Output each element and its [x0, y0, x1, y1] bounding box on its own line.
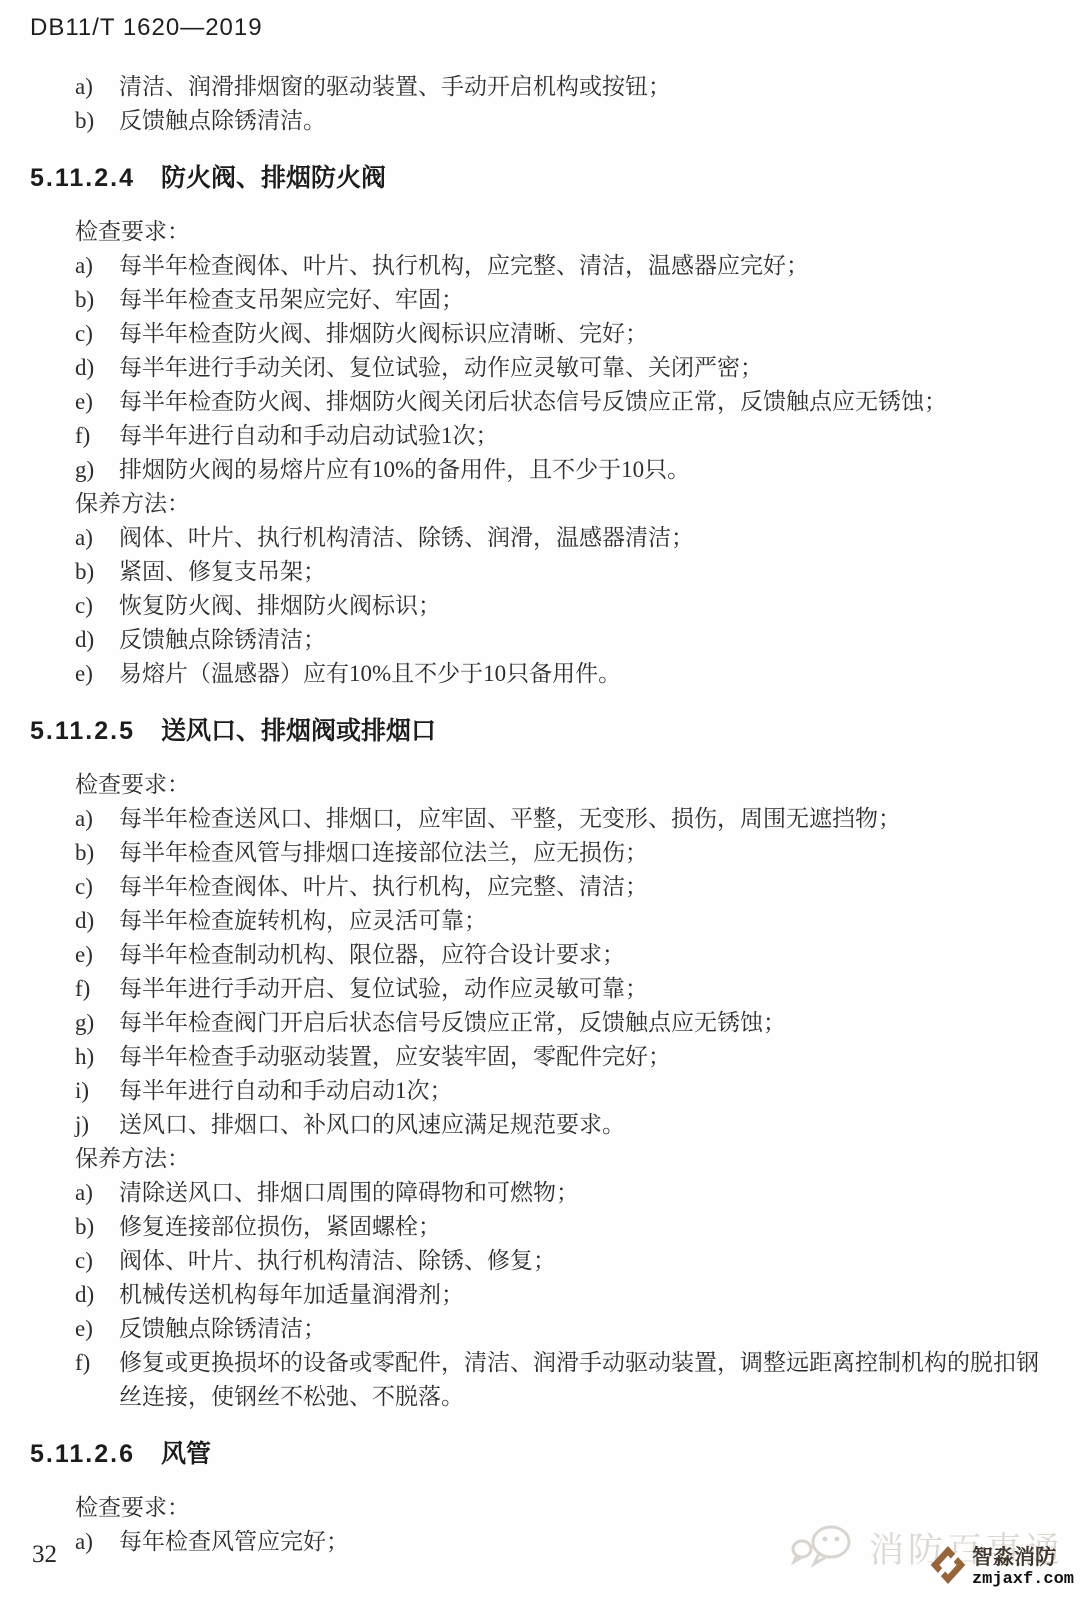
list-item: e) 易熔片（温感器）应有10%且不少于10只备用件。: [0, 657, 1080, 691]
item-text: 每半年检查支吊架应完好、牢固；: [119, 283, 1080, 317]
item-text: 清除送风口、排烟口周围的障碍物和可燃物；: [119, 1176, 1080, 1210]
item-text: 易熔片（温感器）应有10%且不少于10只备用件。: [119, 657, 1080, 691]
list-item: a) 阀体、叶片、执行机构清洁、除锈、润滑，温感器清洁；: [0, 521, 1080, 555]
item-text: 每半年进行手动关闭、复位试验，动作应灵敏可靠、关闭严密；: [119, 351, 1080, 385]
list-item: c) 每半年检查阀体、叶片、执行机构，应完整、清洁；: [0, 870, 1080, 904]
list-item: f) 修复或更换损坏的设备或零配件，清洁、润滑手动驱动装置，调整远距离控制机构的…: [0, 1346, 1080, 1414]
item-text: 修复连接部位损伤，紧固螺栓；: [119, 1210, 1080, 1244]
item-label: g): [75, 1006, 119, 1040]
list-item: g) 每半年检查阀门开启后状态信号反馈应正常，反馈触点应无锈蚀；: [0, 1006, 1080, 1040]
item-label: a): [75, 521, 119, 555]
item-text: 清洁、润滑排烟窗的驱动装置、手动开启机构或按钮；: [119, 70, 1080, 104]
item-label: f): [75, 972, 119, 1006]
item-label: d): [75, 623, 119, 657]
list-item: a) 每半年检查阀体、叶片、执行机构，应完整、清洁，温感器应完好；: [0, 249, 1080, 283]
item-label: h): [75, 1040, 119, 1074]
section-number: 5.11.2.4: [30, 164, 135, 192]
item-label: e): [75, 938, 119, 972]
item-label: f): [75, 419, 119, 453]
item-text: 每半年检查防火阀、排烟防火阀关闭后状态信号反馈应正常，反馈触点应无锈蚀；: [119, 385, 1080, 419]
section-heading: 5.11.2.6风管: [0, 1436, 1080, 1472]
item-label: c): [75, 317, 119, 351]
list-item: a) 清洁、润滑排烟窗的驱动装置、手动开启机构或按钮；: [0, 70, 1080, 104]
item-label: a): [75, 1176, 119, 1210]
item-label: c): [75, 870, 119, 904]
list-item: b) 每半年检查风管与排烟口连接部位法兰，应无损伤；: [0, 836, 1080, 870]
item-label: d): [75, 904, 119, 938]
item-label: c): [75, 589, 119, 623]
section-title: 防火阀、排烟防火阀: [161, 164, 386, 192]
list-item: b) 反馈触点除锈清洁。: [0, 104, 1080, 138]
list-item: e) 每半年检查制动机构、限位器，应符合设计要求；: [0, 938, 1080, 972]
section-title: 送风口、排烟阀或排烟口: [161, 717, 436, 745]
item-label: d): [75, 1278, 119, 1312]
section-heading: 5.11.2.4防火阀、排烟防火阀: [0, 160, 1080, 196]
block-heading: 检查要求：: [0, 1491, 1080, 1525]
item-label: j): [75, 1108, 119, 1142]
list-item: d) 每半年进行手动关闭、复位试验，动作应灵敏可靠、关闭严密；: [0, 351, 1080, 385]
item-label: g): [75, 453, 119, 487]
list-item: b) 紧固、修复支吊架；: [0, 555, 1080, 589]
zhimiao-logo: 智淼消防 zmjaxf.com: [929, 1543, 1074, 1592]
item-label: f): [75, 1346, 119, 1380]
item-text: 每半年检查风管与排烟口连接部位法兰，应无损伤；: [119, 836, 1080, 870]
section-title: 风管: [161, 1440, 211, 1468]
list-item: b) 每半年检查支吊架应完好、牢固；: [0, 283, 1080, 317]
list-item: c) 每半年检查防火阀、排烟防火阀标识应清晰、完好；: [0, 317, 1080, 351]
logo-name: 智淼消防: [972, 1546, 1074, 1570]
item-text: 每半年进行手动开启、复位试验，动作应灵敏可靠；: [119, 972, 1080, 1006]
item-text: 每半年检查阀体、叶片、执行机构，应完整、清洁；: [119, 870, 1080, 904]
section-number: 5.11.2.5: [30, 717, 135, 745]
list-item: d) 机械传送机构每年加适量润滑剂；: [0, 1278, 1080, 1312]
item-text: 恢复防火阀、排烟防火阀标识；: [119, 589, 1080, 623]
item-text: 反馈触点除锈清洁。: [119, 104, 1080, 138]
item-label: b): [75, 283, 119, 317]
item-label: a): [75, 1525, 119, 1559]
item-text: 修复或更换损坏的设备或零配件，清洁、润滑手动驱动装置，调整远距离控制机构的脱扣钢…: [119, 1346, 1080, 1414]
list-item: a) 清除送风口、排烟口周围的障碍物和可燃物；: [0, 1176, 1080, 1210]
item-text: 每半年检查防火阀、排烟防火阀标识应清晰、完好；: [119, 317, 1080, 351]
chat-bubbles-icon: [789, 1522, 859, 1573]
list-item: b) 修复连接部位损伤，紧固螺栓；: [0, 1210, 1080, 1244]
item-label: c): [75, 1244, 119, 1278]
item-label: i): [75, 1074, 119, 1108]
item-text: 排烟防火阀的易熔片应有10%的备用件，且不少于10只。: [119, 453, 1080, 487]
section-heading: 5.11.2.5送风口、排烟阀或排烟口: [0, 713, 1080, 749]
item-text: 紧固、修复支吊架；: [119, 555, 1080, 589]
list-item: d) 每半年检查旋转机构，应灵活可靠；: [0, 904, 1080, 938]
item-label: a): [75, 70, 119, 104]
list-item: c) 恢复防火阀、排烟防火阀标识；: [0, 589, 1080, 623]
item-label: d): [75, 351, 119, 385]
block-heading: 保养方法：: [0, 487, 1080, 521]
list-item: f) 每半年进行手动开启、复位试验，动作应灵敏可靠；: [0, 972, 1080, 1006]
item-text: 送风口、排烟口、补风口的风速应满足规范要求。: [119, 1108, 1080, 1142]
item-label: b): [75, 836, 119, 870]
list-item: a) 每半年检查送风口、排烟口，应牢固、平整，无变形、损伤，周围无遮挡物；: [0, 802, 1080, 836]
item-text: 每半年检查阀体、叶片、执行机构，应完整、清洁，温感器应完好；: [119, 249, 1080, 283]
list-item: h) 每半年检查手动驱动装置，应安装牢固，零配件完好；: [0, 1040, 1080, 1074]
item-label: e): [75, 1312, 119, 1346]
item-text: 每半年检查旋转机构，应灵活可靠；: [119, 904, 1080, 938]
zm-diamond-icon: [929, 1543, 967, 1592]
list-item: f) 每半年进行自动和手动启动试验1次；: [0, 419, 1080, 453]
logo-site: zmjaxf.com: [972, 1570, 1074, 1590]
item-label: b): [75, 104, 119, 138]
item-text: 每半年检查制动机构、限位器，应符合设计要求；: [119, 938, 1080, 972]
item-label: b): [75, 1210, 119, 1244]
item-label: a): [75, 249, 119, 283]
document-page: DB11/T 1620—2019 a) 清洁、润滑排烟窗的驱动装置、手动开启机构…: [0, 0, 1080, 1598]
item-text: 每半年进行自动和手动启动1次；: [119, 1074, 1080, 1108]
item-text: 每半年检查手动驱动装置，应安装牢固，零配件完好；: [119, 1040, 1080, 1074]
item-label: e): [75, 385, 119, 419]
list-item: j) 送风口、排烟口、补风口的风速应满足规范要求。: [0, 1108, 1080, 1142]
list-item: c) 阀体、叶片、执行机构清洁、除锈、修复；: [0, 1244, 1080, 1278]
item-text: 每半年检查阀门开启后状态信号反馈应正常，反馈触点应无锈蚀；: [119, 1006, 1080, 1040]
list-item: d) 反馈触点除锈清洁；: [0, 623, 1080, 657]
item-text: 反馈触点除锈清洁；: [119, 1312, 1080, 1346]
item-label: e): [75, 657, 119, 691]
item-label: a): [75, 802, 119, 836]
item-label: b): [75, 555, 119, 589]
item-text: 每半年进行自动和手动启动试验1次；: [119, 419, 1080, 453]
list-item: g) 排烟防火阀的易熔片应有10%的备用件，且不少于10只。: [0, 453, 1080, 487]
item-text: 阀体、叶片、执行机构清洁、除锈、润滑，温感器清洁；: [119, 521, 1080, 555]
list-item: e) 每半年检查防火阀、排烟防火阀关闭后状态信号反馈应正常，反馈触点应无锈蚀；: [0, 385, 1080, 419]
block-heading: 检查要求：: [0, 215, 1080, 249]
list-item: e) 反馈触点除锈清洁；: [0, 1312, 1080, 1346]
item-text: 阀体、叶片、执行机构清洁、除锈、修复；: [119, 1244, 1080, 1278]
item-text: 机械传送机构每年加适量润滑剂；: [119, 1278, 1080, 1312]
block-heading: 保养方法：: [0, 1142, 1080, 1176]
document-content: a) 清洁、润滑排烟窗的驱动装置、手动开启机构或按钮； b) 反馈触点除锈清洁。…: [0, 70, 1080, 1559]
section-number: 5.11.2.6: [30, 1440, 135, 1468]
item-text: 反馈触点除锈清洁；: [119, 623, 1080, 657]
page-number: 32: [32, 1541, 57, 1569]
block-heading: 检查要求：: [0, 768, 1080, 802]
list-item: i) 每半年进行自动和手动启动1次；: [0, 1074, 1080, 1108]
item-text: 每半年检查送风口、排烟口，应牢固、平整，无变形、损伤，周围无遮挡物；: [119, 802, 1080, 836]
doc-code: DB11/T 1620—2019: [30, 14, 263, 42]
